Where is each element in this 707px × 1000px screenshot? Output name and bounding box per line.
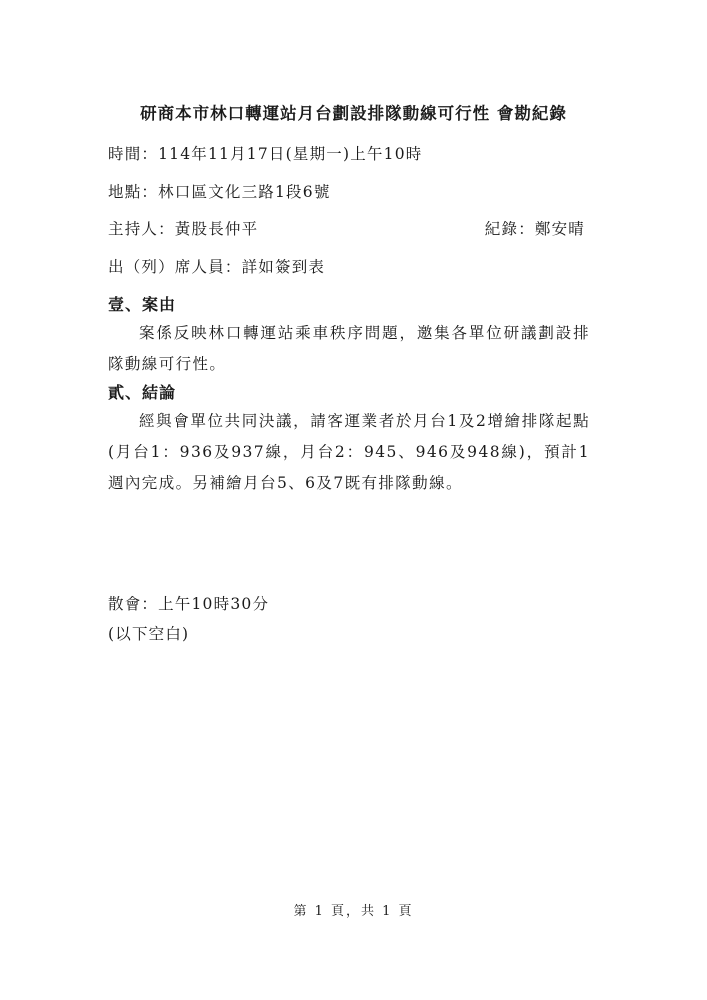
section-heading-conclusion: 貳、結論 (108, 380, 176, 403)
adjourn-time: 散會：上午10時30分 (108, 592, 269, 614)
section-heading-case: 壹、案由 (108, 292, 176, 315)
document-page: 研商本市林口轉運站月台劃設排隊動線可行性 會勘紀錄 時間：114年11月17日(… (0, 0, 707, 1000)
meeting-recorder: 紀錄：鄭安晴 (485, 217, 585, 239)
section-body-case: 案係反映林口轉運站乘車秩序問題，邀集各單位研議劃設排隊動線可行性。 (108, 318, 590, 380)
document-title: 研商本市林口轉運站月台劃設排隊動線可行性 會勘紀錄 (0, 100, 707, 124)
meeting-time: 時間：114年11月17日(星期一)上午10時 (108, 142, 422, 164)
meeting-attendees: 出（列）席人員：詳如簽到表 (108, 255, 325, 277)
section-body-conclusion: 經與會單位共同決議，請客運業者於月台1及2增繪排隊起點(月台1：936及937線… (108, 406, 590, 499)
page-footer: 第 1 頁，共 1 頁 (0, 900, 707, 919)
blank-note: (以下空白) (108, 622, 189, 644)
meeting-location: 地點：林口區文化三路1段6號 (108, 180, 331, 202)
meeting-chair: 主持人：黃股長仲平 (108, 217, 258, 239)
